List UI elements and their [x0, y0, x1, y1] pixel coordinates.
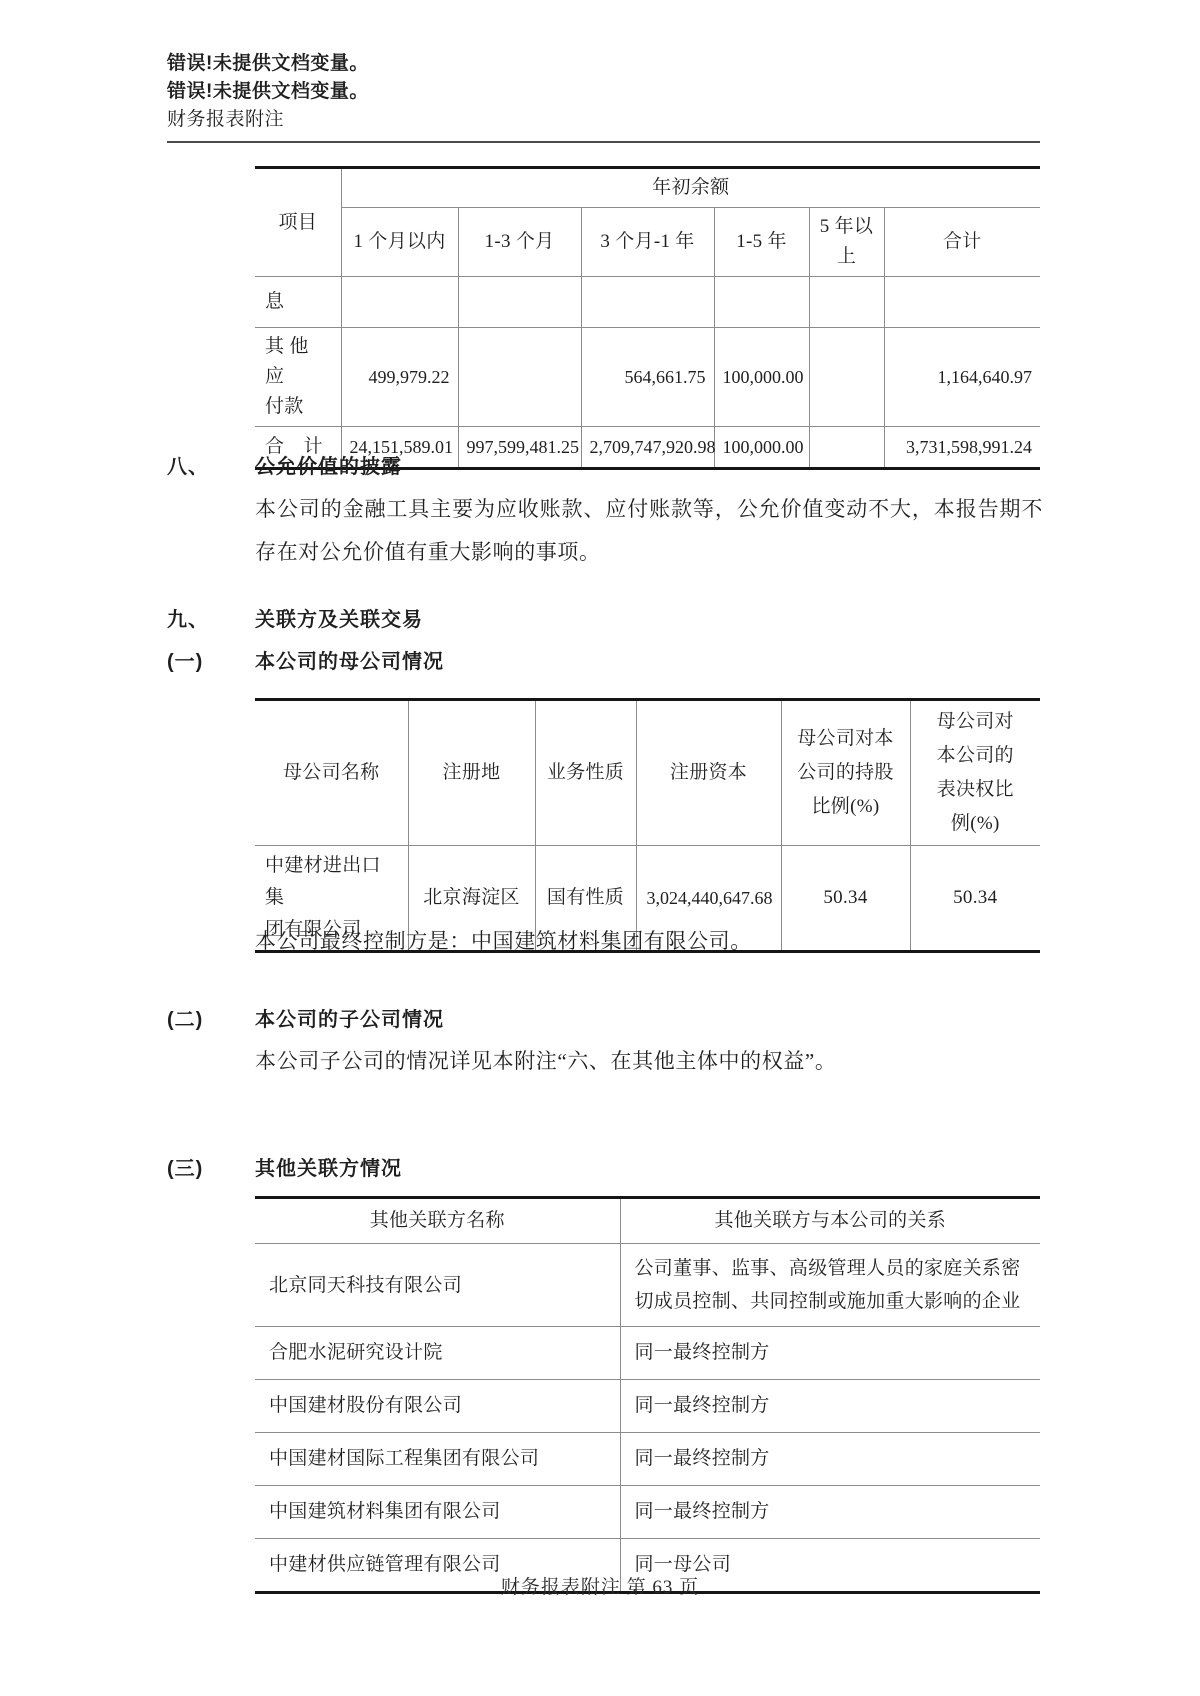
table-row: 其 他 应 付款 499,979.22 564,661.75 100,000.0…	[255, 328, 1040, 427]
aging-cell	[714, 277, 809, 328]
parent-vote: 50.34	[910, 846, 1040, 952]
related-name: 中国建材股份有限公司	[255, 1380, 620, 1433]
aging-col-5: 合计	[884, 208, 1040, 277]
parent-col-capital: 注册资本	[636, 700, 781, 846]
related-name: 合肥水泥研究设计院	[255, 1327, 620, 1380]
aging-cell: 564,661.75	[581, 328, 714, 427]
page-footer: 财务报表附注 第 63 页	[0, 1572, 1200, 1599]
aging-cell	[809, 277, 884, 328]
related-relation: 同一最终控制方	[620, 1327, 1040, 1380]
table-row: 息	[255, 277, 1040, 328]
aging-col-1: 1-3 个月	[458, 208, 581, 277]
aging-cell: 100,000.00	[714, 328, 809, 427]
aging-cell	[458, 277, 581, 328]
aging-group-header: 年初余额	[341, 168, 1040, 208]
section-9-3-number: (三)	[167, 1152, 255, 1181]
section-9-3-heading: (三) 其他关联方情况	[167, 1152, 402, 1181]
aging-col-item: 项目	[255, 168, 341, 277]
section-9-3-title: 其他关联方情况	[255, 1152, 402, 1181]
related-col-name: 其他关联方名称	[255, 1198, 620, 1244]
table-row: 中国建材股份有限公司 同一最终控制方	[255, 1380, 1040, 1433]
header-doc-title: 财务报表附注	[167, 106, 1040, 133]
parent-col-share: 母公司对本 公司的持股 比例(%)	[781, 700, 910, 846]
page-header: 错误!未提供文档变量。 错误!未提供文档变量。 财务报表附注	[167, 50, 1040, 143]
section-9-1-title: 本公司的母公司情况	[255, 645, 444, 674]
related-relation: 同一最终控制方	[620, 1380, 1040, 1433]
table-row: 合肥水泥研究设计院 同一最终控制方	[255, 1327, 1040, 1380]
aging-col-0: 1 个月以内	[341, 208, 458, 277]
parent-col-vote: 母公司对 本公司的 表决权比 例(%)	[910, 700, 1040, 846]
aging-col-3: 1-5 年	[714, 208, 809, 277]
section-9-1-heading: (一) 本公司的母公司情况	[167, 645, 444, 674]
section-9-title: 关联方及关联交易	[255, 603, 423, 632]
section-8-title: 公允价值的披露	[255, 450, 402, 479]
aging-row-label: 息	[255, 277, 341, 328]
related-name: 北京同天科技有限公司	[255, 1244, 620, 1327]
section-9-1-number: (一)	[167, 645, 255, 674]
aging-row-label: 其 他 应 付款	[255, 328, 341, 427]
parent-company-table: 母公司名称 注册地 业务性质 注册资本 母公司对本 公司的持股 比例(%) 母公…	[255, 698, 1040, 953]
section-8-heading: 八、 公允价值的披露	[167, 450, 402, 479]
table-row: 中国建材国际工程集团有限公司 同一最终控制方	[255, 1433, 1040, 1486]
related-col-relation: 其他关联方与本公司的关系	[620, 1198, 1040, 1244]
parent-share: 50.34	[781, 846, 910, 952]
aging-cell	[458, 328, 581, 427]
aging-table: 项目 年初余额 1 个月以内 1-3 个月 3 个月-1 年 1-5 年 5 年…	[255, 166, 1040, 470]
section-8-body: 本公司的金融工具主要为应收账款、应付账款等，公允价值变动不大，本报告期不存在对公…	[255, 488, 1043, 574]
related-parties-table: 其他关联方名称 其他关联方与本公司的关系 北京同天科技有限公司 公司董事、监事、…	[255, 1196, 1040, 1594]
aging-cell: 499,979.22	[341, 328, 458, 427]
aging-col-4: 5 年以 上	[809, 208, 884, 277]
section-9-2-title: 本公司的子公司情况	[255, 1003, 444, 1032]
aging-cell	[884, 277, 1040, 328]
related-name: 中国建筑材料集团有限公司	[255, 1486, 620, 1539]
parent-col-place: 注册地	[408, 700, 535, 846]
ultimate-controller-note: 本公司最终控制方是：中国建筑材料集团有限公司。	[255, 925, 752, 955]
section-9-number: 九、	[167, 603, 255, 632]
section-9-2-heading: (二) 本公司的子公司情况	[167, 1003, 444, 1032]
aging-cell: 2,709,747,920.98	[581, 427, 714, 469]
parent-col-name: 母公司名称	[255, 700, 408, 846]
header-rule	[167, 141, 1040, 143]
related-relation: 同一最终控制方	[620, 1486, 1040, 1539]
aging-cell	[341, 277, 458, 328]
aging-cell	[581, 277, 714, 328]
related-relation: 同一最终控制方	[620, 1433, 1040, 1486]
section-9-2-body: 本公司子公司的情况详见本附注“六、在其他主体中的权益”。	[255, 1040, 1043, 1083]
table-row: 中国建筑材料集团有限公司 同一最终控制方	[255, 1486, 1040, 1539]
related-name: 中国建材国际工程集团有限公司	[255, 1433, 620, 1486]
aging-cell: 997,599,481.25	[458, 427, 581, 469]
section-9-heading: 九、 关联方及关联交易	[167, 603, 423, 632]
related-relation: 公司董事、监事、高级管理人员的家庭关系密切成员控制、共同控制或施加重大影响的企业	[620, 1244, 1040, 1327]
parent-col-nature: 业务性质	[535, 700, 636, 846]
aging-cell	[809, 328, 884, 427]
aging-cell	[809, 427, 884, 469]
aging-cell: 1,164,640.97	[884, 328, 1040, 427]
aging-cell: 100,000.00	[714, 427, 809, 469]
table-row: 北京同天科技有限公司 公司董事、监事、高级管理人员的家庭关系密切成员控制、共同控…	[255, 1244, 1040, 1327]
header-error-line-1: 错误!未提供文档变量。	[167, 50, 1040, 78]
section-8-number: 八、	[167, 450, 255, 479]
aging-cell: 3,731,598,991.24	[884, 427, 1040, 469]
aging-col-2: 3 个月-1 年	[581, 208, 714, 277]
header-error-line-2: 错误!未提供文档变量。	[167, 78, 1040, 106]
section-9-2-number: (二)	[167, 1003, 255, 1032]
